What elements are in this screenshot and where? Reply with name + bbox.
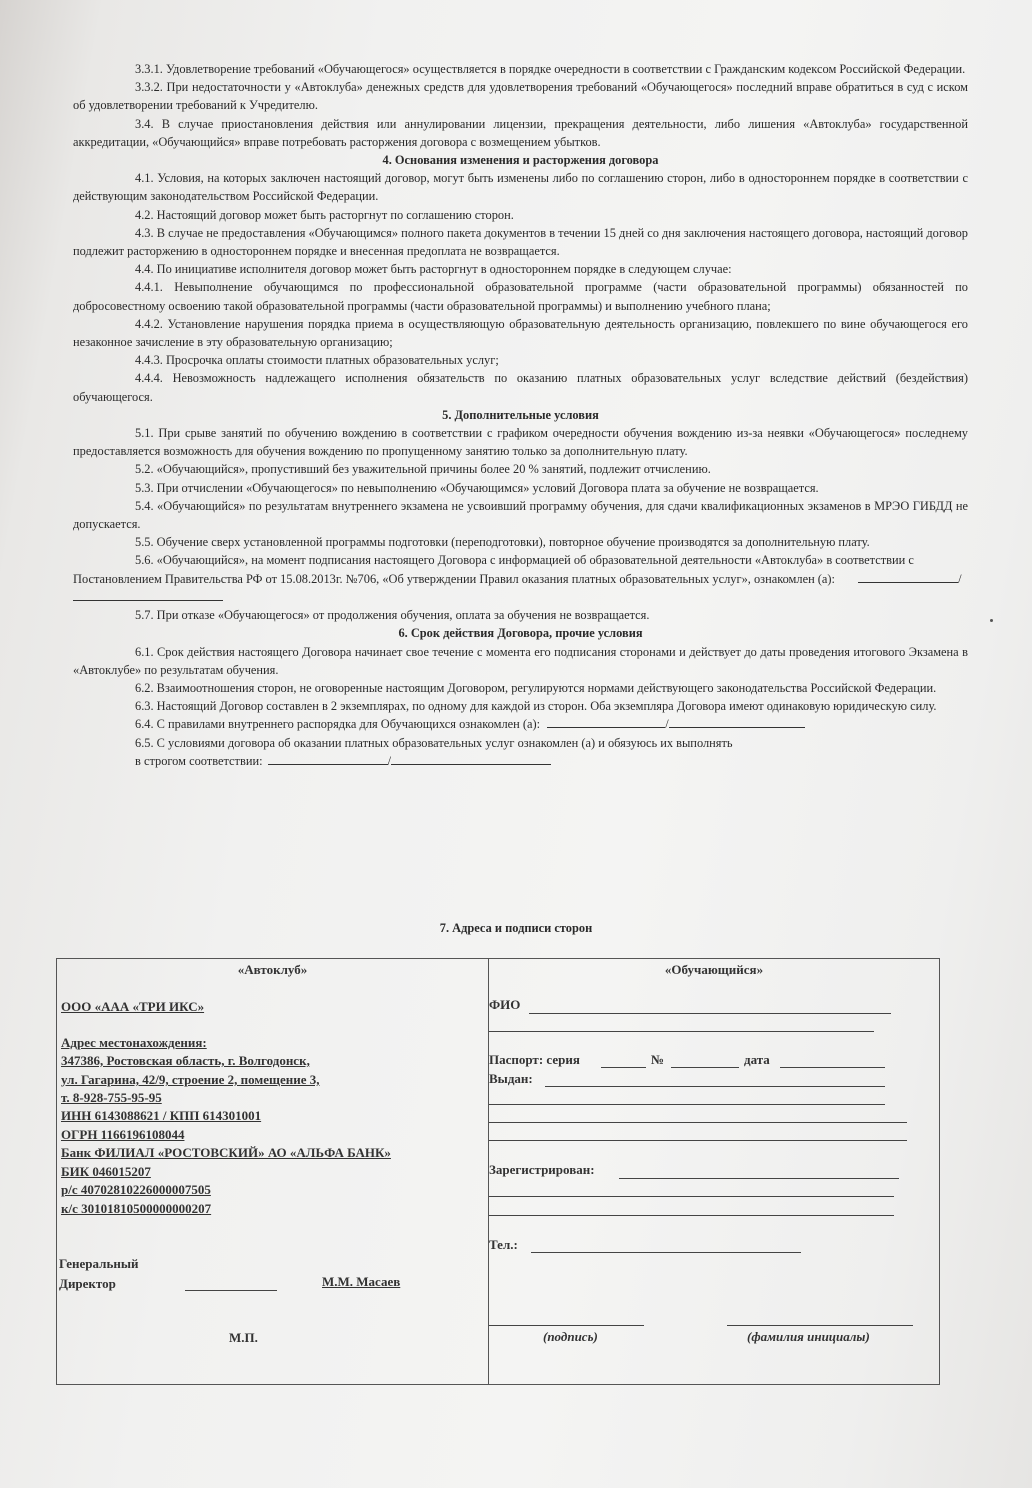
- inn-kpp: ИНН 6143088621 / КПП 614301001: [61, 1108, 261, 1124]
- clause-6-5: 6.5. С условиями договора об оказании пл…: [73, 734, 968, 752]
- phone-field[interactable]: [531, 1252, 801, 1253]
- signature-blank[interactable]: [547, 715, 665, 728]
- passport-series-label: Паспорт: серия: [489, 1052, 580, 1068]
- clause-5-3: 5.3. При отчислении «Обучающегося» по не…: [73, 479, 968, 497]
- section-6-heading: 6. Срок действия Договора, прочие услови…: [73, 624, 968, 642]
- clause-4-4-2: 4.4.2. Установление нарушения порядка пр…: [73, 315, 968, 351]
- address-label: Адрес местонахождения:: [61, 1035, 207, 1051]
- issued-field[interactable]: [545, 1086, 885, 1087]
- registered-field-line-3[interactable]: [489, 1215, 894, 1216]
- student-header: «Обучающийся»: [489, 962, 939, 978]
- clause-5-6-text: 5.6. «Обучающийся», на момент подписания…: [73, 553, 914, 585]
- passport-date-label: дата: [744, 1052, 770, 1068]
- clause-6-2: 6.2. Взаимоотношения сторон, не оговорен…: [73, 679, 968, 697]
- fio-field[interactable]: [529, 1013, 891, 1014]
- company-name: ООО «ААА «ТРИ ИКС»: [61, 999, 204, 1015]
- passport-number-field[interactable]: [671, 1067, 739, 1068]
- clause-4-3: 4.3. В случае не предоставления «Обучающ…: [73, 224, 968, 260]
- student-column: «Обучающийся» ФИО Паспорт: серия № дата …: [489, 959, 939, 1384]
- autoclub-header: «Автоклуб»: [57, 962, 488, 978]
- registered-field-line-2[interactable]: [489, 1196, 894, 1197]
- name-blank[interactable]: [669, 715, 805, 728]
- director-signature-line[interactable]: [185, 1290, 277, 1291]
- section-5-heading: 5. Дополнительные условия: [73, 406, 968, 424]
- autoclub-column: «Автоклуб» ООО «ААА «ТРИ ИКС» Адрес мест…: [57, 959, 489, 1384]
- phone: т. 8-928-755-95-95: [61, 1090, 162, 1106]
- signature-blank[interactable]: [268, 752, 388, 765]
- clause-3-4: 3.4. В случае приостановления действия и…: [73, 115, 968, 151]
- parties-table: «Автоклуб» ООО «ААА «ТРИ ИКС» Адрес мест…: [56, 958, 940, 1385]
- name-caption: (фамилия инициалы): [747, 1329, 870, 1345]
- fio-field-line-2[interactable]: [489, 1031, 874, 1032]
- clause-3-3-2: 3.3.2. При недостаточности у «Автоклуба»…: [73, 78, 968, 114]
- bank: Банк ФИЛИАЛ «РОСТОВСКИЙ» АО «АЛЬФА БАНК»: [61, 1145, 391, 1161]
- clause-6-5-cont: в строгом соответствии: /: [73, 752, 968, 770]
- bik: БИК 046015207: [61, 1164, 151, 1180]
- signature-blank[interactable]: [858, 570, 958, 583]
- issued-field-line-3[interactable]: [489, 1122, 907, 1123]
- clause-6-4: 6.4. С правилами внутреннего распорядка …: [73, 715, 968, 733]
- student-name-line[interactable]: [727, 1325, 913, 1326]
- stamp-label: М.П.: [229, 1330, 258, 1346]
- clause-4-4-4: 4.4.4. Невозможность надлежащего исполне…: [73, 369, 968, 405]
- speck: [990, 619, 993, 622]
- name-blank[interactable]: [391, 752, 551, 765]
- name-blank[interactable]: [73, 588, 223, 601]
- clause-4-2: 4.2. Настоящий договор может быть растор…: [73, 206, 968, 224]
- signature-caption: (подпись): [543, 1329, 598, 1345]
- director-title-2: Директор: [59, 1276, 116, 1292]
- clause-5-4: 5.4. «Обучающийся» по результатам внутре…: [73, 497, 968, 533]
- student-signature-line[interactable]: [489, 1325, 644, 1326]
- director-name: М.М. Масаев: [322, 1274, 400, 1290]
- fio-label: ФИО: [489, 997, 520, 1013]
- passport-number-label: №: [651, 1052, 664, 1068]
- clause-3-3-1: 3.3.1. Удовлетворение требований «Обучаю…: [73, 60, 968, 78]
- clause-4-4-3: 4.4.3. Просрочка оплаты стоимости платны…: [73, 351, 968, 369]
- ogrn: ОГРН 1166196108044: [61, 1127, 184, 1143]
- phone-label: Тел.:: [489, 1237, 518, 1253]
- director-title-1: Генеральный: [59, 1256, 138, 1272]
- clause-6-4-text: 6.4. С правилами внутреннего распорядка …: [135, 717, 540, 731]
- clause-4-1: 4.1. Условия, на которых заключен настоя…: [73, 169, 968, 205]
- issued-field-line-2[interactable]: [489, 1104, 885, 1105]
- passport-series-field[interactable]: [601, 1067, 646, 1068]
- clause-5-2: 5.2. «Обучающийся», пропустивший без ува…: [73, 460, 968, 478]
- address-line-1: 347386, Ростовская область, г. Волгодонс…: [61, 1053, 310, 1069]
- registered-label: Зарегистрирован:: [489, 1162, 595, 1178]
- issued-field-line-4[interactable]: [489, 1140, 907, 1141]
- clause-5-5: 5.5. Обучение сверх установленной програ…: [73, 533, 968, 551]
- address-line-2: ул. Гагарина, 42/9, строение 2, помещени…: [61, 1072, 320, 1088]
- clause-4-4: 4.4. По инициативе исполнителя договор м…: [73, 260, 968, 278]
- clause-6-5-text: в строгом соответствии:: [135, 754, 263, 768]
- section-4-heading: 4. Основания изменения и расторжения дог…: [73, 151, 968, 169]
- contract-body: 3.3.1. Удовлетворение требований «Обучаю…: [73, 60, 968, 770]
- clause-5-1: 5.1. При срыве занятий по обучению вожде…: [73, 424, 968, 460]
- section-7-heading: 7. Адреса и подписи сторон: [0, 921, 1032, 936]
- passport-date-field[interactable]: [780, 1067, 885, 1068]
- issued-label: Выдан:: [489, 1071, 533, 1087]
- clause-5-6: 5.6. «Обучающийся», на момент подписания…: [73, 551, 968, 606]
- registered-field[interactable]: [619, 1178, 899, 1179]
- clause-6-3: 6.3. Настоящий Договор составлен в 2 экз…: [73, 697, 968, 715]
- clause-5-7: 5.7. При отказе «Обучающегося» от продол…: [73, 606, 968, 624]
- slash: /: [958, 572, 961, 586]
- clause-4-4-1: 4.4.1. Невыполнение обучающимся по профе…: [73, 278, 968, 314]
- clause-6-1: 6.1. Срок действия настоящего Договора н…: [73, 643, 968, 679]
- settlement-account: р/с 40702810226000007505: [61, 1182, 211, 1198]
- correspondent-account: к/с 30101810500000000207: [61, 1201, 211, 1217]
